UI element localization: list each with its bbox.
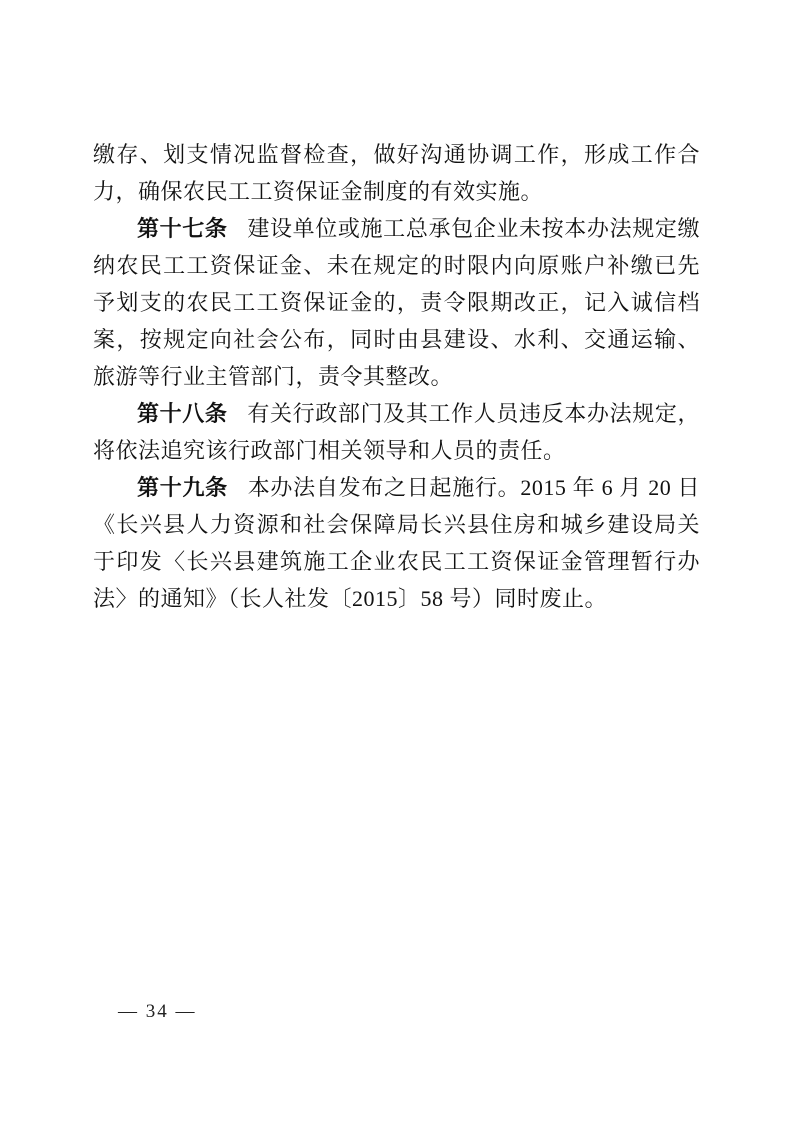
paragraph-article-17: 第十七条建设单位或施工总承包企业未按本办法规定缴纳农民工工资保证金、未在规定的时…: [93, 210, 700, 395]
paragraph-continuation: 缴存、划支情况监督检查，做好沟通协调工作，形成工作合力，确保农民工工资保证金制度…: [93, 136, 700, 210]
paragraph-article-18: 第十八条有关行政部门及其工作人员违反本办法规定，将依法追究该行政部门相关领导和人…: [93, 395, 700, 469]
page-number: — 34 —: [118, 1001, 197, 1023]
paragraph-text: 缴存、划支情况监督检查，做好沟通协调工作，形成工作合力，确保农民工工资保证金制度…: [93, 142, 700, 204]
article-number: 第十九条: [137, 475, 228, 500]
paragraph-article-19: 第十九条本办法自发布之日起施行。2015 年 6 月 20 日《长兴县人力资源和…: [93, 469, 700, 617]
document-body: 缴存、划支情况监督检查，做好沟通协调工作，形成工作合力，确保农民工工资保证金制度…: [93, 136, 700, 617]
article-number: 第十七条: [137, 216, 228, 241]
paragraph-text: 建设单位或施工总承包企业未按本办法规定缴纳农民工工资保证金、未在规定的时限内向原…: [93, 216, 700, 389]
article-number: 第十八条: [137, 401, 228, 426]
document-page: 缴存、划支情况监督检查，做好沟通协调工作，形成工作合力，确保农民工工资保证金制度…: [0, 0, 794, 1123]
page-number-text: — 34 —: [118, 1001, 197, 1022]
